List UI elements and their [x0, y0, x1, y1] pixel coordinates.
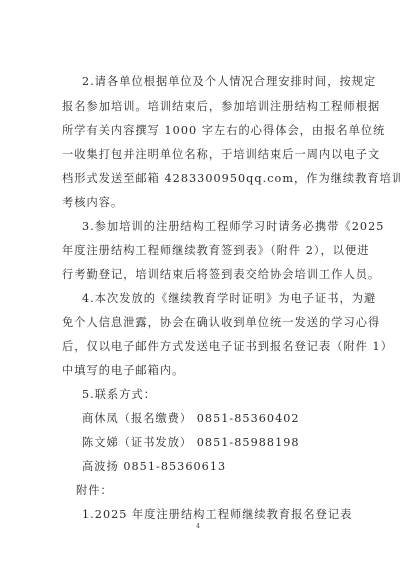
contact-phone: 0851-85360402	[197, 412, 300, 425]
paragraph-2-line-6: 考核内容。	[62, 196, 123, 210]
document-page: 2.请各单位根据单位及个人情况合理安排时间，按规定 报名参加培训。培训结束后，参…	[0, 0, 400, 565]
attachment-item: 1.2025 年度注册结构工程师继续教育报名登记表	[82, 508, 352, 522]
paragraph-2-line-4: 一收集打包并注明单位名称，于培训结束后一周内以电子文	[62, 148, 380, 162]
contact-name: 高波扬	[82, 460, 119, 473]
contact-row: 高波扬 0851-85360613	[82, 460, 226, 474]
paragraph-2-line-1: 2.请各单位根据单位及个人情况合理安排时间，按规定	[82, 75, 376, 89]
contact-phone: 0851-85360613	[123, 460, 226, 473]
paragraph-4-line-1: 4.本次发放的《继续教育学时证明》为电子证书，为避	[82, 292, 376, 306]
page-number: 4	[196, 523, 200, 531]
paragraph-3-line-1: 3.参加培训的注册结构工程师学习时请务必携带《2025	[82, 220, 384, 234]
contact-row: 陈文娣（证书发放） 0851-85988198	[82, 436, 300, 450]
contact-name: 陈文娣（证书发放）	[82, 436, 192, 449]
paragraph-2-line-3: 所学有关内容撰写 1000 字左右的心得体会，由报名单位统	[62, 124, 385, 138]
paragraph-4-line-2: 免个人信息泄露，协会在确认收到单位统一发送的学习心得	[62, 316, 380, 330]
paragraph-2-line-5: 档形式发送至邮箱 4283300950qq.com，作为继续教育培训的	[62, 172, 400, 186]
paragraph-3-line-3: 行考勤登记，培训结束后将签到表交给协会培训工作人员。	[62, 268, 380, 282]
paragraph-2-line-2: 报名参加培训。培训结束后，参加培训注册结构工程师根据	[62, 100, 380, 114]
contact-heading: 5.联系方式：	[82, 388, 156, 402]
paragraph-4-line-3: 后，仅以电子邮件方式发送电子证书到报名登记表（附件 1）	[62, 340, 393, 354]
paragraph-4-line-4: 中填写的电子邮箱内。	[62, 364, 184, 378]
attachments-heading: 附件：	[76, 484, 113, 498]
paragraph-3-line-2: 年度注册结构工程师继续教育签到表》（附件 2），以便进	[62, 244, 370, 258]
contact-row: 商休凤（报名缴费） 0851-85360402	[82, 412, 300, 426]
contact-phone: 0851-85988198	[197, 436, 300, 449]
contact-name: 商休凤（报名缴费）	[82, 412, 192, 425]
